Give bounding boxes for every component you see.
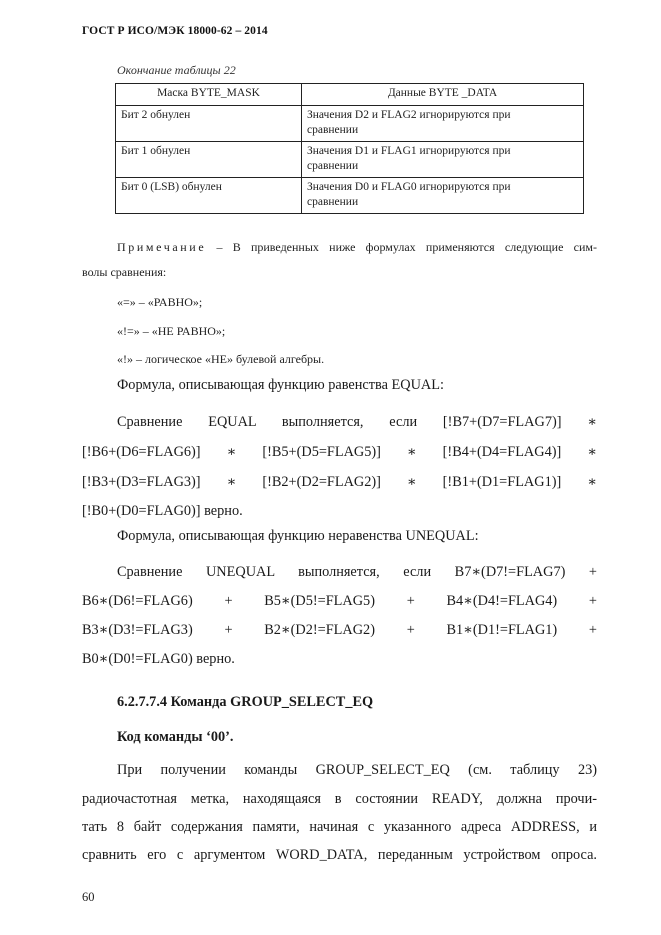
command-code: Код команды ‘00’. — [117, 729, 234, 746]
section-paragraph-line-1: При получении команды GROUP_SELECT_EQ (с… — [117, 762, 597, 779]
column-header-mask: Маска BYTE_MASK — [116, 84, 302, 106]
unequal-formula-line-4: B0∗(D0!=FLAG0) верно. — [82, 651, 235, 668]
cell-data: Значения D0 и FLAG0 игнорируются присрав… — [302, 178, 584, 214]
cell-mask: Бит 1 обнулен — [116, 142, 302, 178]
cell-mask: Бит 2 обнулен — [116, 106, 302, 142]
unequal-formula-line-1: Сравнение UNEQUAL выполняется, если B7∗(… — [117, 564, 597, 581]
equal-formula-line-2: [!B6+(D6=FLAG6)] ∗ [!B5+(D5=FLAG5)] ∗ [!… — [82, 444, 597, 461]
section-heading: 6.2.7.7.4 Команда GROUP_SELECT_EQ — [117, 694, 373, 711]
section-paragraph-line-4: сравнить его с аргументом WORD_DATA, пер… — [82, 847, 597, 864]
document-header: ГОСТ Р ИСО/МЭК 18000-62 – 2014 — [82, 25, 268, 37]
equal-formula-line-3: [!B3+(D3=FLAG3)] ∗ [!B2+(D2=FLAG2)] ∗ [!… — [82, 474, 597, 491]
table-row: Бит 2 обнулен Значения D2 и FLAG2 игнори… — [116, 106, 584, 142]
equal-formula-line-4: [!B0+(D0=FLAG0)] верно. — [82, 503, 243, 520]
table-22: Маска BYTE_MASK Данные BYTE _DATA Бит 2 … — [115, 83, 584, 214]
unequal-formula-line-2: B6∗(D6!=FLAG6) + B5∗(D5!=FLAG5) + B4∗(D4… — [82, 593, 597, 610]
cell-data: Значения D1 и FLAG1 игнорируются присрав… — [302, 142, 584, 178]
equal-formula-line-1: Сравнение EQUAL выполняется, если [!B7+(… — [117, 414, 597, 431]
note-symbol-not-equal: «!=» – «НЕ РАВНО»; — [117, 323, 225, 339]
page-number: 60 — [82, 890, 95, 905]
note-line-1: Примечание – В приведенных ниже формулах… — [117, 239, 597, 255]
cell-data: Значения D2 и FLAG2 игнорируются присрав… — [302, 106, 584, 142]
unequal-intro: Формула, описывающая функцию неравенства… — [117, 528, 479, 545]
table-row: Бит 0 (LSB) обнулен Значения D0 и FLAG0 … — [116, 178, 584, 214]
note-label: Примечание — [117, 240, 206, 254]
unequal-formula-line-3: B3∗(D3!=FLAG3) + B2∗(D2!=FLAG2) + B1∗(D1… — [82, 622, 597, 639]
table-caption: Окончание таблицы 22 — [117, 63, 236, 78]
note-symbol-not: «!» – логическое «НЕ» булевой алгебры. — [117, 351, 324, 367]
section-paragraph-line-2: радиочастотная метка, находящаяся в сост… — [82, 791, 597, 808]
note-symbol-equal: «=» – «РАВНО»; — [117, 294, 202, 310]
section-paragraph-line-3: тать 8 байт содержания памяти, начиная с… — [82, 819, 597, 836]
table-row: Бит 1 обнулен Значения D1 и FLAG1 игнори… — [116, 142, 584, 178]
note-line-2: волы сравнения: — [82, 264, 166, 280]
cell-mask: Бит 0 (LSB) обнулен — [116, 178, 302, 214]
table-header-row: Маска BYTE_MASK Данные BYTE _DATA — [116, 84, 584, 106]
equal-intro: Формула, описывающая функцию равенства E… — [117, 377, 444, 394]
column-header-data: Данные BYTE _DATA — [302, 84, 584, 106]
